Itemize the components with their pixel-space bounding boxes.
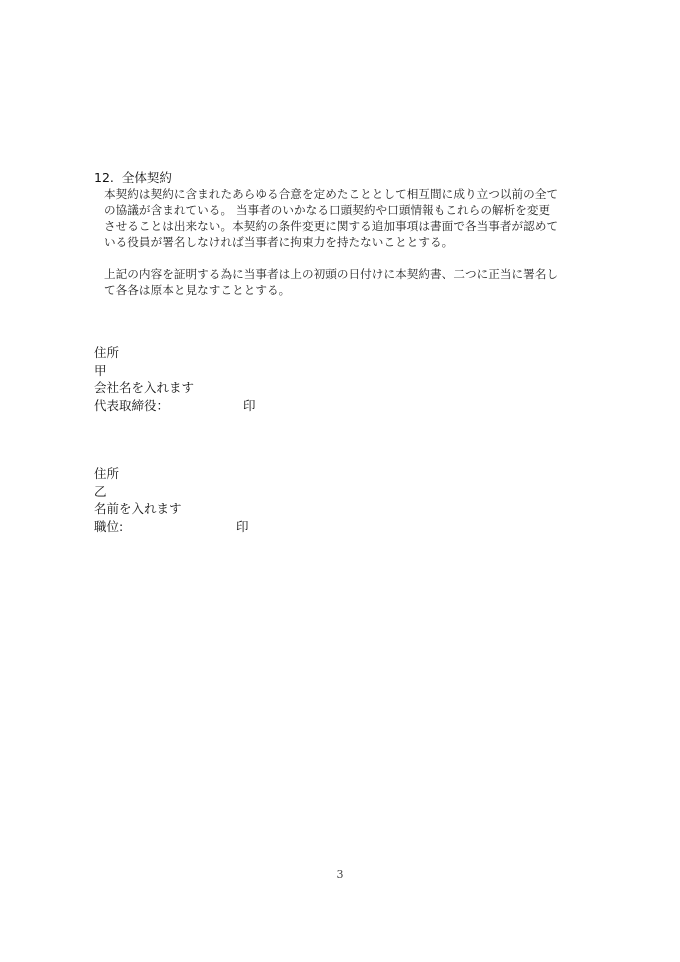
company-name-placeholder: 会社名を入れます xyxy=(94,379,194,397)
closing-line: 上記の内容を証明する為に当事者は上の初頭の日付けに本契約書、二つに正当に署名し xyxy=(104,266,594,282)
address-label: 住所 xyxy=(94,465,182,483)
signature-block-party-a: 住所 甲 会社名を入れます 代表取締役： 印 xyxy=(94,344,194,414)
seal-mark: 印 xyxy=(236,518,249,536)
section-number: 12. xyxy=(94,170,114,185)
signatory-row: 代表取締役： 印 xyxy=(94,397,194,415)
paragraph-line: の協議が含まれている。 当事者のいかなる口頭契約や口頭情報もこれらの解析を変更 xyxy=(104,202,594,218)
section-title-text: 全体契約 xyxy=(122,170,172,185)
signature-block-party-b: 住所 乙 名前を入れます 職位: 印 xyxy=(94,465,182,535)
section-paragraph: 本契約は契約に含まれたあらゆる合意を定めたこととして相互間に成り立つ以前の全て … xyxy=(104,186,594,250)
paragraph-line: 本契約は契約に含まれたあらゆる合意を定めたこととして相互間に成り立つ以前の全て xyxy=(104,186,594,202)
name-placeholder: 名前を入れます xyxy=(94,500,182,518)
page-number: 3 xyxy=(0,868,680,881)
signatory-row: 職位: 印 xyxy=(94,518,182,536)
closing-paragraph: 上記の内容を証明する為に当事者は上の初頭の日付けに本契約書、二つに正当に署名し … xyxy=(104,266,594,298)
seal-mark: 印 xyxy=(243,397,256,415)
closing-line: て各各は原本と見なすこととする。 xyxy=(104,282,594,298)
address-label: 住所 xyxy=(94,344,194,362)
role-label: 代表取締役： xyxy=(94,398,169,413)
paragraph-line: させることは出来ない。本契約の条件変更に関する追加事項は書面で各当事者が認めて xyxy=(104,218,594,234)
role-label: 職位: xyxy=(94,519,123,534)
party-label: 甲 xyxy=(94,362,194,380)
party-label: 乙 xyxy=(94,483,182,501)
paragraph-line: いる役員が署名しなければ当事者に拘束力を持たないこととする。 xyxy=(104,234,594,250)
section-heading: 12. 全体契約 xyxy=(94,170,172,186)
document-page: 12. 全体契約 本契約は契約に含まれたあらゆる合意を定めたこととして相互間に成… xyxy=(0,0,680,962)
